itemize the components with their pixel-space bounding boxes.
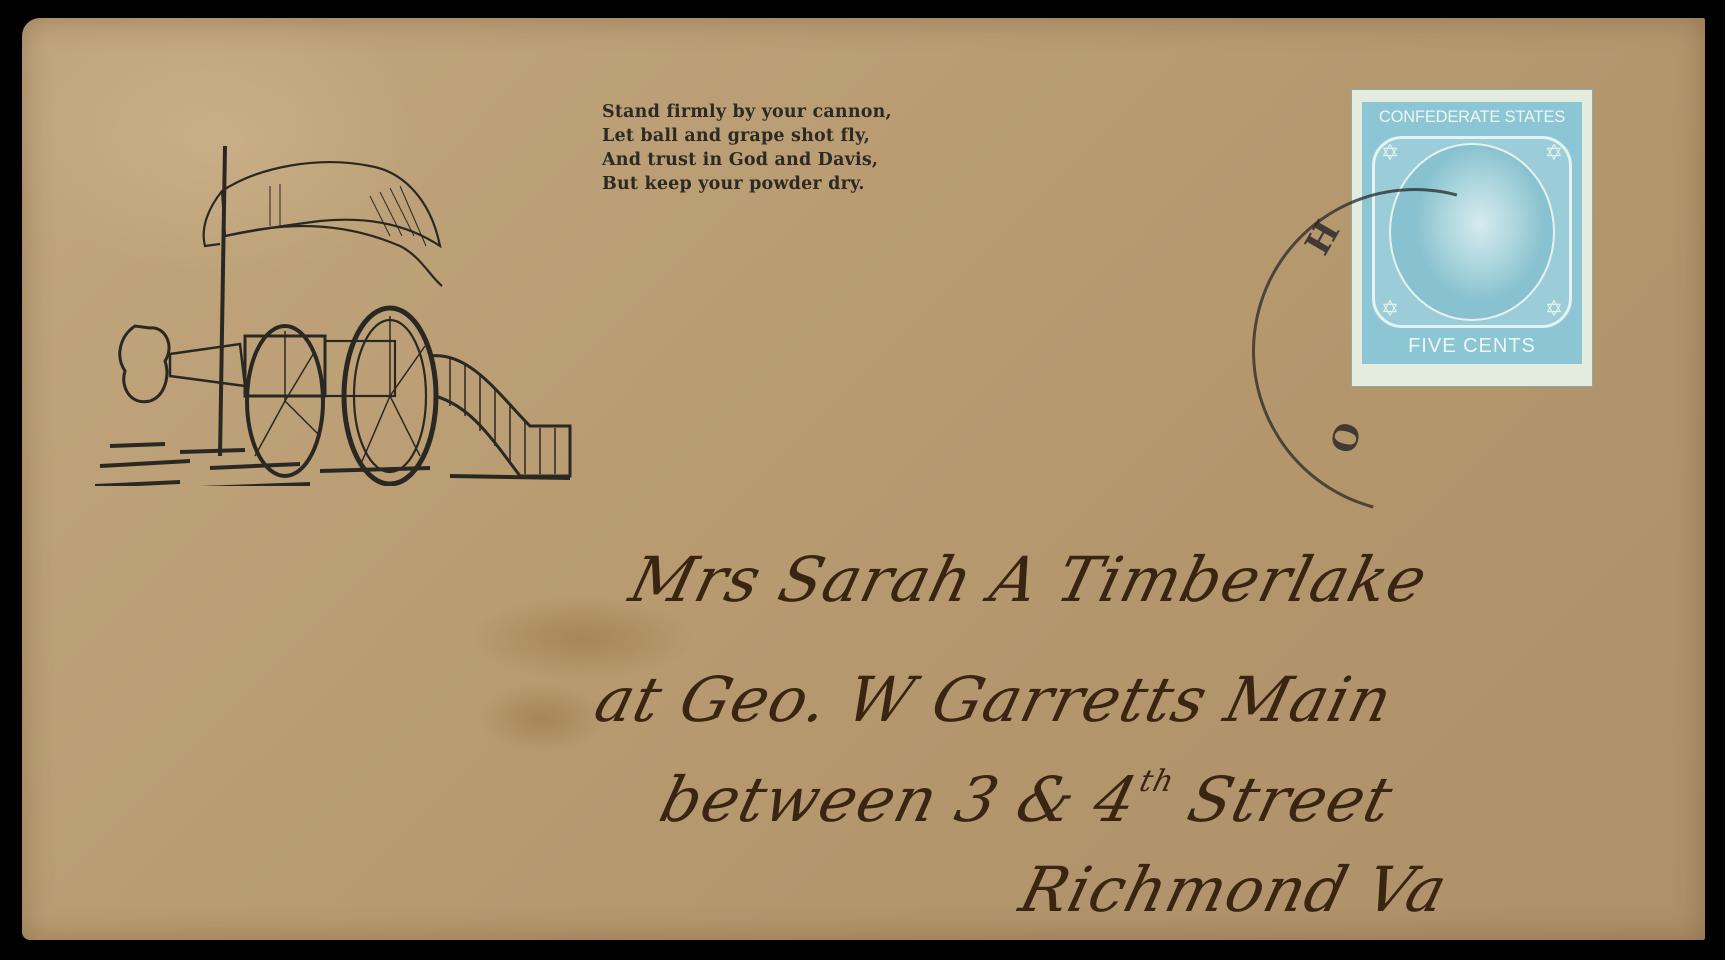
stamp-top-text: CONFEDERATE STATES xyxy=(1362,108,1582,127)
address-line-3-suffix: Street xyxy=(1181,763,1401,836)
address-line-4: Richmond Va xyxy=(1013,853,1455,926)
verse-line: Let ball and grape shot fly, xyxy=(602,124,892,148)
star-icon: ✡ xyxy=(1543,143,1565,165)
star-icon: ✡ xyxy=(1379,143,1401,165)
address-line-2: at Geo. W Garretts Main xyxy=(588,663,1400,736)
envelope: Stand firmly by your cannon, Let ball an… xyxy=(22,18,1705,940)
patriotic-verse: Stand firmly by your cannon, Let ball an… xyxy=(602,100,892,196)
cannon-with-flag-icon xyxy=(70,96,590,486)
address-line-1: Mrs Sarah A Timberlake xyxy=(623,543,1435,616)
verse-line: And trust in God and Davis, xyxy=(602,148,892,172)
address-line-3-sup: th xyxy=(1136,764,1178,799)
address-line-3-prefix: between 3 & 4 xyxy=(653,763,1145,836)
address-line-3: between 3 & 4th Street xyxy=(653,763,1401,836)
verse-line: Stand firmly by your cannon, xyxy=(602,100,892,124)
verse-line: But keep your powder dry. xyxy=(602,172,892,196)
